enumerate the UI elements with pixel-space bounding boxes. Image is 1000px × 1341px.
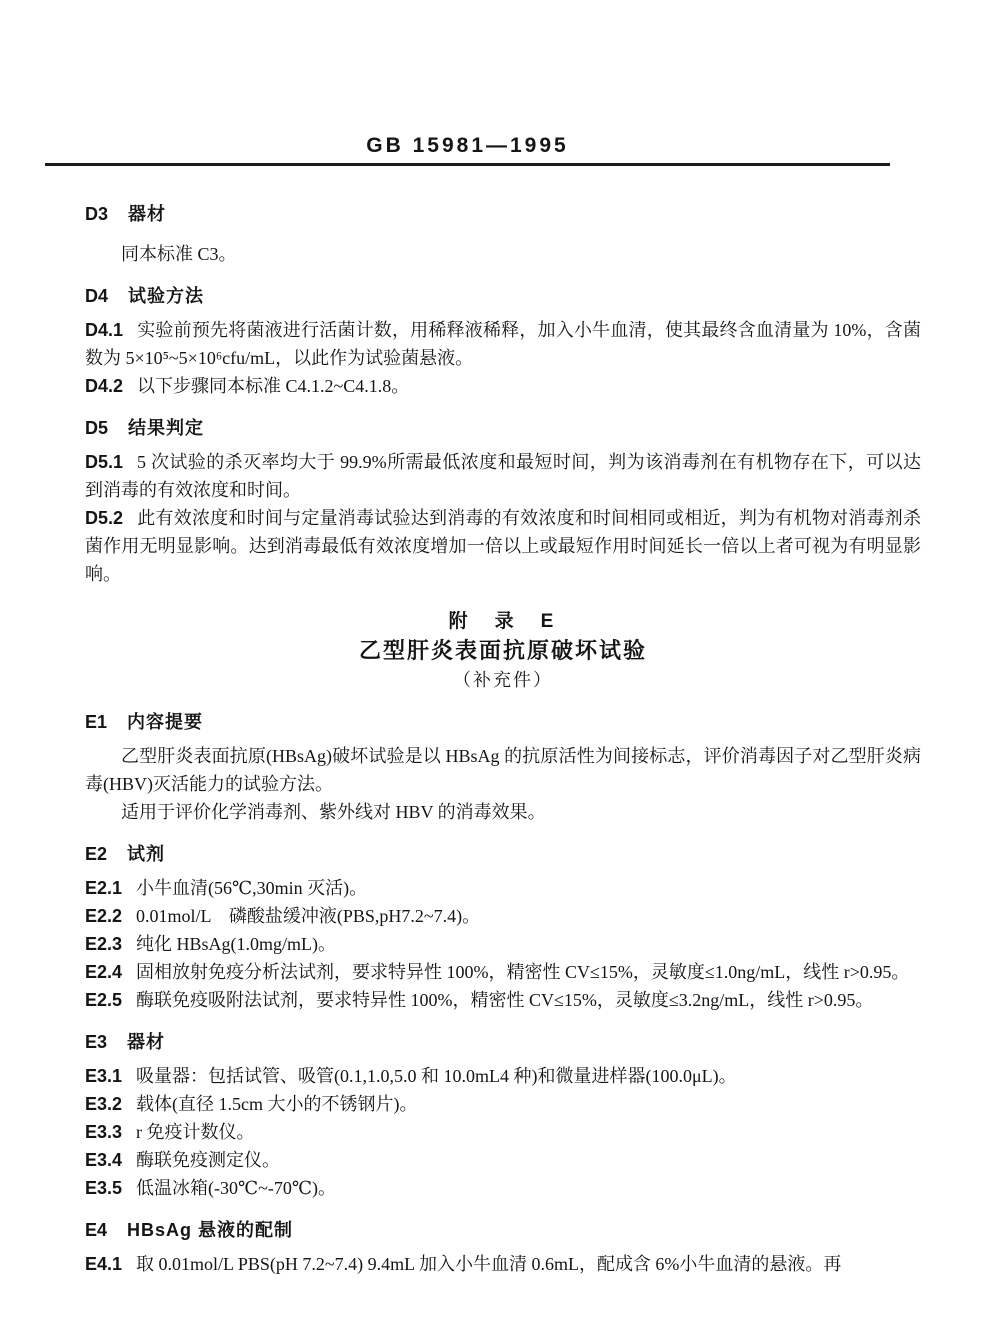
section-title: 器材	[127, 1032, 165, 1052]
clause-number: E3.1	[85, 1066, 122, 1086]
clause-number: E4.1	[85, 1254, 122, 1274]
clause-number: D4.2	[85, 376, 123, 396]
section-heading-e2: E2试剂	[85, 840, 921, 868]
clause-e3-5: E3.5低温冰箱(-30℃~-70℃)。	[85, 1174, 921, 1202]
section-heading-d3: D3器材	[85, 200, 921, 228]
section-title: HBsAg 悬液的配制	[127, 1220, 293, 1240]
appendix-title: 乙型肝炎表面抗原破坏试验	[85, 636, 921, 666]
clause-text: 载体(直径 1.5cm 大小的不锈钢片)。	[136, 1094, 417, 1114]
doc-number: GB 15981—1995	[45, 134, 890, 158]
section-title: 内容提要	[127, 712, 203, 732]
clause-text: 低温冰箱(-30℃~-70℃)。	[136, 1178, 336, 1198]
clause-number: D4.1	[85, 320, 123, 340]
clause-e4-1: E4.1取 0.01mol/L PBS(pH 7.2~7.4) 9.4mL 加入…	[85, 1250, 921, 1278]
clause-e2-4: E2.4固相放射免疫分析法试剂，要求特异性 100%，精密性 CV≤15%，灵敏…	[85, 958, 921, 986]
clause-e2-3: E2.3纯化 HBsAg(1.0mg/mL)。	[85, 930, 921, 958]
clause-text: 此有效浓度和时间与定量消毒试验达到消毒的有效浓度和时间相同或相近，判为有机物对消…	[85, 508, 921, 584]
clause-number: E2.3	[85, 934, 122, 954]
clause-text: 实验前预先将菌液进行活菌计数，用稀释液稀释，加入小牛血清，使其最终含血清量为 1…	[85, 320, 921, 368]
paragraph-e1-1: 乙型肝炎表面抗原(HBsAg)破坏试验是以 HBsAg 的抗原活性为间接标志，评…	[85, 742, 921, 798]
clause-e2-1: E2.1小牛血清(56℃,30min 灭活)。	[85, 874, 921, 902]
clause-text: 固相放射免疫分析法试剂，要求特异性 100%，精密性 CV≤15%，灵敏度≤1.…	[136, 962, 909, 982]
clause-e3-3: E3.3r 免疫计数仪。	[85, 1118, 921, 1146]
section-title: 器材	[128, 204, 166, 224]
clause-number: E3.2	[85, 1094, 122, 1114]
clause-d4-2: D4.2以下步骤同本标准 C4.1.2~C4.1.8。	[85, 372, 921, 400]
clause-number: E2.5	[85, 990, 122, 1010]
section-number: D5	[85, 418, 108, 438]
section-heading-d4: D4试验方法	[85, 282, 921, 310]
clause-number: E2.2	[85, 906, 122, 926]
section-heading-d5: D5结果判定	[85, 414, 921, 442]
section-heading-e4: E4HBsAg 悬液的配制	[85, 1216, 921, 1244]
clause-number: E3.4	[85, 1150, 122, 1170]
clause-number: E2.4	[85, 962, 122, 982]
page-content: D3器材 同本标准 C3。 D4试验方法 D4.1实验前预先将菌液进行活菌计数，…	[85, 186, 921, 1278]
document-page: GB 15981—1995 D3器材 同本标准 C3。 D4试验方法 D4.1实…	[0, 0, 1000, 1341]
clause-text: 酶联免疫吸附法试剂，要求特异性 100%，精密性 CV≤15%，灵敏度≤3.2n…	[136, 990, 873, 1010]
clause-text: 酶联免疫测定仪。	[136, 1150, 280, 1170]
section-title: 试剂	[127, 844, 165, 864]
appendix-label: 附 录 E	[85, 608, 921, 636]
clause-text: 以下步骤同本标准 C4.1.2~C4.1.8。	[137, 376, 409, 396]
clause-text: 纯化 HBsAg(1.0mg/mL)。	[136, 934, 336, 954]
clause-e3-1: E3.1吸量器：包括试管、吸管(0.1,1.0,5.0 和 10.0mL4 种)…	[85, 1062, 921, 1090]
clause-text: r 免疫计数仪。	[136, 1122, 255, 1142]
section-heading-e1: E1内容提要	[85, 708, 921, 736]
clause-text: 小牛血清(56℃,30min 灭活)。	[136, 878, 367, 898]
clause-number: E3.5	[85, 1178, 122, 1198]
clause-number: D5.2	[85, 508, 123, 528]
clause-text: 取 0.01mol/L PBS(pH 7.2~7.4) 9.4mL 加入小牛血清…	[136, 1254, 841, 1274]
section-number: E4	[85, 1220, 107, 1240]
clause-text: 0.01mol/L 磷酸盐缓冲液(PBS,pH7.2~7.4)。	[136, 906, 480, 926]
clause-d5-1: D5.15 次试验的杀灭率均大于 99.9%所需最低浓度和最短时间，判为该消毒剂…	[85, 448, 921, 504]
section-number: D3	[85, 204, 108, 224]
clause-text: 5 次试验的杀灭率均大于 99.9%所需最低浓度和最短时间，判为该消毒剂在有机物…	[85, 452, 921, 500]
section-title: 结果判定	[128, 418, 204, 438]
clause-e3-4: E3.4酶联免疫测定仪。	[85, 1146, 921, 1174]
section-number: D4	[85, 286, 108, 306]
section-title: 试验方法	[128, 286, 204, 306]
clause-d4-1: D4.1实验前预先将菌液进行活菌计数，用稀释液稀释，加入小牛血清，使其最终含血清…	[85, 316, 921, 372]
clause-e2-2: E2.20.01mol/L 磷酸盐缓冲液(PBS,pH7.2~7.4)。	[85, 902, 921, 930]
clause-d5-2: D5.2此有效浓度和时间与定量消毒试验达到消毒的有效浓度和时间相同或相近，判为有…	[85, 504, 921, 588]
clause-number: E3.3	[85, 1122, 122, 1142]
clause-e2-5: E2.5酶联免疫吸附法试剂，要求特异性 100%，精密性 CV≤15%，灵敏度≤…	[85, 986, 921, 1014]
section-number: E2	[85, 844, 107, 864]
header-rule	[45, 163, 890, 166]
clause-text: 吸量器：包括试管、吸管(0.1,1.0,5.0 和 10.0mL4 种)和微量进…	[136, 1066, 737, 1086]
clause-e3-2: E3.2载体(直径 1.5cm 大小的不锈钢片)。	[85, 1090, 921, 1118]
section-number: E3	[85, 1032, 107, 1052]
clause-number: E2.1	[85, 878, 122, 898]
section-heading-e3: E3器材	[85, 1028, 921, 1056]
paragraph-e1-2: 适用于评价化学消毒剂、紫外线对 HBV 的消毒效果。	[85, 798, 921, 826]
appendix-subtitle: （补充件）	[85, 666, 921, 694]
clause-d3-body: 同本标准 C3。	[85, 240, 921, 268]
section-number: E1	[85, 712, 107, 732]
clause-number: D5.1	[85, 452, 123, 472]
appendix-e-title-block: 附 录 E 乙型肝炎表面抗原破坏试验 （补充件）	[85, 608, 921, 694]
